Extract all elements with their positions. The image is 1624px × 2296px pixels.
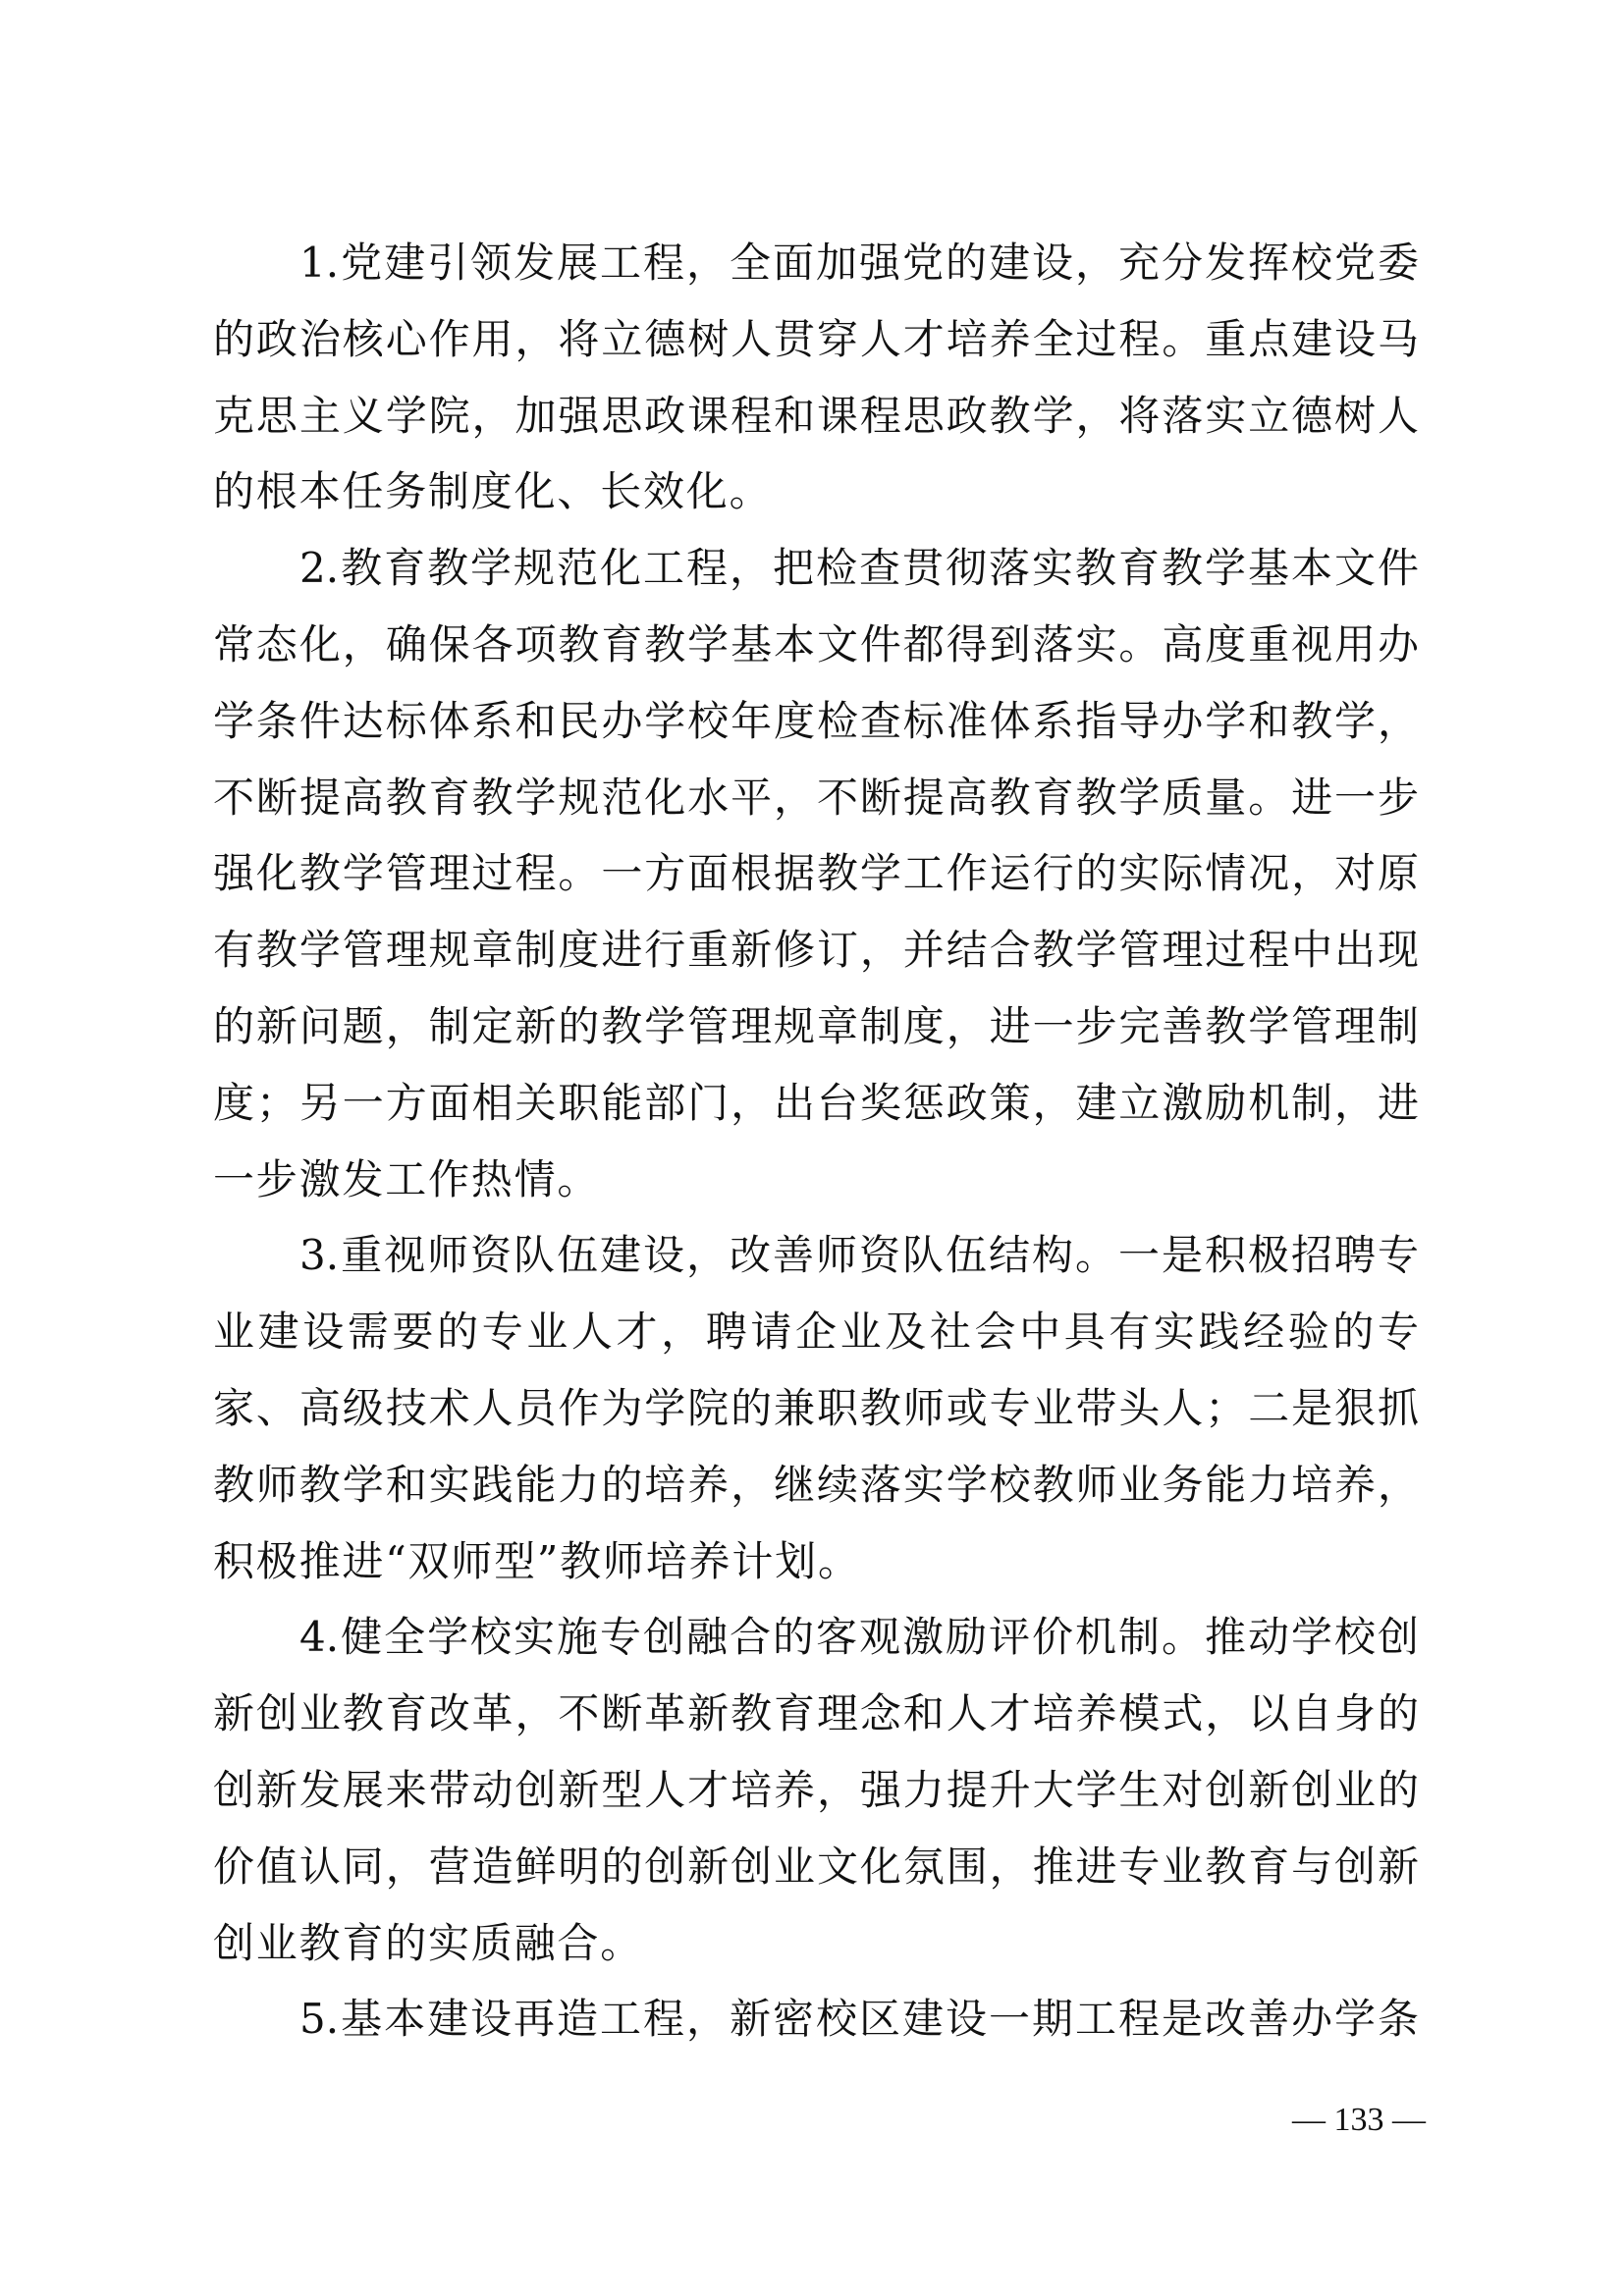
paragraph-1-party-building: 1.党建引领发展工程，全面加强党的建设，充分发挥校党委 的政治核心作用，将立德树… <box>213 225 1419 530</box>
text-line: 创新发展来带动创新型人才培养，强力提升大学生对创新创业的 <box>213 1752 1419 1829</box>
text-line: 一步激发工作热情。 <box>213 1142 1419 1218</box>
paragraph-5-infrastructure: 5.基本建设再造工程，新密校区建设一期工程是改善办学条 <box>213 1981 1419 2057</box>
text-line: 2.教育教学规范化工程，把检查贯彻落实教育教学基本文件 <box>213 530 1419 607</box>
text-line: 有教学管理规章制度进行重新修订，并结合教学管理过程中出现 <box>213 912 1419 988</box>
text-line: 1.党建引领发展工程，全面加强党的建设，充分发挥校党委 <box>213 225 1419 301</box>
text-line: 家、高级技术人员作为学院的兼职教师或专业带头人；二是狠抓 <box>213 1370 1419 1447</box>
text-line: 的新问题，制定新的教学管理规章制度，进一步完善教学管理制 <box>213 988 1419 1065</box>
text-line: 价值认同，营造鲜明的创新创业文化氛围，推进专业教育与创新 <box>213 1829 1419 1905</box>
text-line: 不断提高教育教学规范化水平，不断提高教育教学质量。进一步 <box>213 760 1419 836</box>
text-line: 积极推进“双师型”教师培养计划。 <box>213 1523 1419 1600</box>
page-number: — 133 — <box>1249 2101 1426 2140</box>
paragraph-4-innovation-evaluation: 4.健全学校实施专创融合的客观激励评价机制。推动学校创 新创业教育改革，不断革新… <box>213 1599 1419 1981</box>
text-line: 新创业教育改革，不断革新教育理念和人才培养模式，以自身的 <box>213 1676 1419 1752</box>
text-line: 强化教学管理过程。一方面根据教学工作运行的实际情况，对原 <box>213 835 1419 912</box>
text-line: 4.健全学校实施专创融合的客观激励评价机制。推动学校创 <box>213 1599 1419 1676</box>
text-line: 业建设需要的专业人才，聘请企业及社会中具有实践经验的专 <box>213 1294 1419 1370</box>
document-page: 1.党建引领发展工程，全面加强党的建设，充分发挥校党委 的政治核心作用，将立德树… <box>0 0 1624 2296</box>
text-line: 常态化，确保各项教育教学基本文件都得到落实。高度重视用办 <box>213 607 1419 683</box>
text-line: 的根本任务制度化、长效化。 <box>213 454 1419 530</box>
text-line: 学条件达标体系和民办学校年度检查标准体系指导办学和教学， <box>213 683 1419 760</box>
text-line: 的政治核心作用，将立德树人贯穿人才培养全过程。重点建设马 <box>213 301 1419 378</box>
text-line: 3.重视师资队伍建设，改善师资队伍结构。一是积极招聘专 <box>213 1217 1419 1294</box>
paragraph-3-faculty-building: 3.重视师资队伍建设，改善师资队伍结构。一是积极招聘专 业建设需要的专业人才，聘… <box>213 1217 1419 1599</box>
text-line: 创业教育的实质融合。 <box>213 1905 1419 1982</box>
text-line: 教师教学和实践能力的培养，继续落实学校教师业务能力培养， <box>213 1447 1419 1523</box>
text-line: 克思主义学院，加强思政课程和课程思政教学，将落实立德树人 <box>213 378 1419 454</box>
text-line: 5.基本建设再造工程，新密校区建设一期工程是改善办学条 <box>213 1981 1419 2057</box>
paragraph-2-teaching-standardization: 2.教育教学规范化工程，把检查贯彻落实教育教学基本文件 常态化，确保各项教育教学… <box>213 530 1419 1217</box>
body-text: 1.党建引领发展工程，全面加强党的建设，充分发挥校党委 的政治核心作用，将立德树… <box>213 225 1419 2057</box>
text-line: 度；另一方面相关职能部门，出台奖惩政策，建立激励机制，进 <box>213 1065 1419 1142</box>
